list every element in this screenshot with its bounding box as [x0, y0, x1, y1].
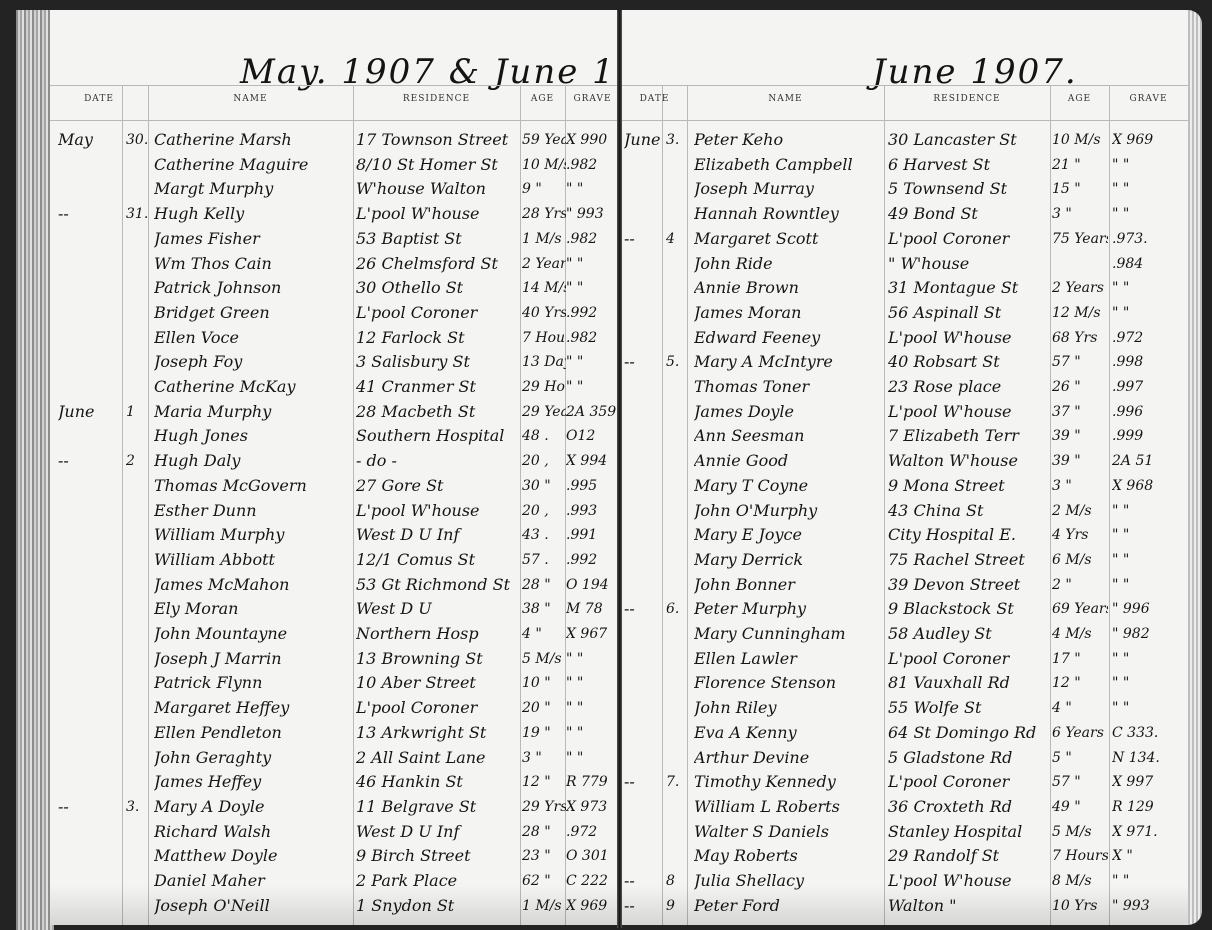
- entry-grave: N 134.: [1112, 746, 1186, 770]
- entry-age: 3 ": [1052, 474, 1108, 498]
- ledger-row: --6.Peter Murphy9 Blackstock St69 Years"…: [622, 597, 1188, 621]
- ledger-row: William Abbott12/1 Comus St57 ..992: [50, 548, 620, 572]
- entry-grave: " ": [566, 746, 620, 770]
- header-bottom-rule: [50, 120, 620, 121]
- entry-month: [58, 573, 118, 597]
- entry-residence: 56 Aspinall St: [888, 301, 1050, 325]
- entry-day: [126, 350, 148, 374]
- entry-residence: 17 Townson Street: [356, 128, 520, 152]
- entry-age: 1 M/s: [522, 227, 566, 251]
- left-page: May. 1907 & June 1907 Date Name Residenc…: [50, 10, 620, 925]
- entry-day: 7.: [666, 770, 686, 794]
- ledger-row: Walter S DanielsStanley Hospital5 M/sX 9…: [622, 820, 1188, 844]
- entry-residence: L'pool W'house: [888, 400, 1050, 424]
- entry-age: 57 ": [1052, 350, 1108, 374]
- entry-month: [58, 820, 118, 844]
- ledger-row: Wm Thos Cain26 Chelmsford St2 Years" ": [50, 252, 620, 276]
- ledger-row: William L Roberts36 Croxteth Rd49 "R 129: [622, 795, 1188, 819]
- entry-age: 2 Years: [1052, 276, 1108, 300]
- entry-age: 75 Years: [1052, 227, 1108, 251]
- entry-residence: 36 Croxteth Rd: [888, 795, 1050, 819]
- entry-name: Peter Keho: [694, 128, 884, 152]
- entry-month: [624, 177, 662, 201]
- entry-day: [126, 844, 148, 868]
- entry-age: 17 ": [1052, 647, 1108, 671]
- entry-month: [624, 548, 662, 572]
- ledger-row: June1Maria Murphy28 Macbeth St29 Years2A…: [50, 400, 620, 424]
- entry-residence: L'pool W'house: [356, 202, 520, 226]
- entry-age: 2 ": [1052, 573, 1108, 597]
- entry-residence: 39 Devon Street: [888, 573, 1050, 597]
- entry-month: [624, 844, 662, 868]
- entry-grave: X 969: [1112, 128, 1186, 152]
- entry-age: 43 .: [522, 523, 566, 547]
- entry-age: 5 M/s: [522, 647, 566, 671]
- entry-name: Patrick Flynn: [154, 671, 352, 695]
- entry-grave: " ": [566, 647, 620, 671]
- entry-grave: " ": [566, 252, 620, 276]
- entry-month: [58, 721, 118, 745]
- entry-day: [666, 548, 686, 572]
- entry-day: 4: [666, 227, 686, 251]
- entry-age: 29 Years: [522, 400, 566, 424]
- header-age: Age: [1050, 94, 1109, 104]
- entry-age: 7 Hours: [522, 326, 566, 350]
- page-shadow: [622, 885, 1188, 925]
- entry-day: [666, 449, 686, 473]
- entry-name: Ely Moran: [154, 597, 352, 621]
- entry-residence: 46 Hankin St: [356, 770, 520, 794]
- entry-grave: .972: [566, 820, 620, 844]
- entry-month: [58, 746, 118, 770]
- entry-month: --: [624, 350, 662, 374]
- entry-grave: .982: [566, 227, 620, 251]
- entry-month: [624, 671, 662, 695]
- entry-grave: " ": [1112, 153, 1186, 177]
- ledger-row: Matthew Doyle9 Birch Street23 "O 301: [50, 844, 620, 868]
- entry-month: [58, 696, 118, 720]
- entry-residence: 3 Salisbury St: [356, 350, 520, 374]
- entry-month: [58, 647, 118, 671]
- entry-age: 15 ": [1052, 177, 1108, 201]
- entry-grave: .997: [1112, 375, 1186, 399]
- entry-name: Esther Dunn: [154, 499, 352, 523]
- ledger-row: Annie Brown31 Montague St2 Years" ": [622, 276, 1188, 300]
- entry-residence: 10 Aber Street: [356, 671, 520, 695]
- ledger-row: John Riley55 Wolfe St4 "" ": [622, 696, 1188, 720]
- entry-name: William Murphy: [154, 523, 352, 547]
- entry-month: [624, 499, 662, 523]
- entry-name: William L Roberts: [694, 795, 884, 819]
- entry-grave: " 993: [566, 202, 620, 226]
- entry-month: [624, 622, 662, 646]
- entry-age: 3 ": [1052, 202, 1108, 226]
- entry-day: 2: [126, 449, 148, 473]
- entry-grave: " ": [566, 276, 620, 300]
- entry-grave: .982: [566, 153, 620, 177]
- entry-name: John Riley: [694, 696, 884, 720]
- ledger-row: Ellen Voce12 Farlock St7 Hours.982: [50, 326, 620, 350]
- entry-name: Hugh Kelly: [154, 202, 352, 226]
- ledger-row: John MountayneNorthern Hosp4 "X 967: [50, 622, 620, 646]
- entry-month: [58, 153, 118, 177]
- entry-day: 30.: [126, 128, 148, 152]
- entry-name: James McMahon: [154, 573, 352, 597]
- entry-day: [666, 746, 686, 770]
- entry-month: [624, 696, 662, 720]
- entry-month: --: [58, 449, 118, 473]
- entry-day: [666, 795, 686, 819]
- entry-residence: 29 Randolf St: [888, 844, 1050, 868]
- entry-name: Ann Seesman: [694, 424, 884, 448]
- entry-day: [126, 177, 148, 201]
- entry-name: Mary A McIntyre: [694, 350, 884, 374]
- header-top-rule: [50, 85, 620, 86]
- entry-day: [126, 499, 148, 523]
- entry-month: June: [624, 128, 662, 152]
- entry-month: June: [58, 400, 118, 424]
- ledger-row: Richard WalshWest D U Inf28 ".972: [50, 820, 620, 844]
- entry-age: 57 .: [522, 548, 566, 572]
- entry-name: Mary T Coyne: [694, 474, 884, 498]
- entry-grave: X 973: [566, 795, 620, 819]
- ledger-row: John Bonner39 Devon Street2 "" ": [622, 573, 1188, 597]
- entry-name: Catherine McKay: [154, 375, 352, 399]
- entry-age: 26 ": [1052, 375, 1108, 399]
- entry-name: Joseph Murray: [694, 177, 884, 201]
- entry-name: Arthur Devine: [694, 746, 884, 770]
- entry-name: Richard Walsh: [154, 820, 352, 844]
- entry-grave: X ": [1112, 844, 1186, 868]
- ledger-row: Catherine McKay41 Cranmer St29 Hours" ": [50, 375, 620, 399]
- entry-month: [624, 301, 662, 325]
- entry-name: Joseph J Marrin: [154, 647, 352, 671]
- entry-month: [58, 375, 118, 399]
- entry-grave: " ": [1112, 671, 1186, 695]
- entry-month: [624, 795, 662, 819]
- entry-residence: 9 Blackstock St: [888, 597, 1050, 621]
- entry-grave: " ": [1112, 647, 1186, 671]
- entry-name: Catherine Marsh: [154, 128, 352, 152]
- entry-residence: 75 Rachel Street: [888, 548, 1050, 572]
- entry-month: [58, 227, 118, 251]
- page-edges-left: [16, 10, 54, 930]
- entry-age: 13 Days: [522, 350, 566, 374]
- entry-name: Catherine Maguire: [154, 153, 352, 177]
- entry-age: 23 ": [522, 844, 566, 868]
- entry-name: John Ride: [694, 252, 884, 276]
- ledger-row: June3.Peter Keho30 Lancaster St10 M/sX 9…: [622, 128, 1188, 152]
- entry-age: 5 M/s: [1052, 820, 1108, 844]
- entry-day: [126, 252, 148, 276]
- entry-age: 12 ": [522, 770, 566, 794]
- ledger-row: Mary Cunningham58 Audley St4 M/s" 982: [622, 622, 1188, 646]
- entry-residence: 30 Lancaster St: [888, 128, 1050, 152]
- entry-name: John Bonner: [694, 573, 884, 597]
- ledger-row: --7.Timothy KennedyL'pool Coroner57 "X 9…: [622, 770, 1188, 794]
- entry-grave: X 994: [566, 449, 620, 473]
- entry-age: 59 Years: [522, 128, 566, 152]
- entry-day: [126, 696, 148, 720]
- ledger-row: Ely MoranWest D U38 "M 78: [50, 597, 620, 621]
- entry-day: [666, 820, 686, 844]
- entry-residence: 12 Farlock St: [356, 326, 520, 350]
- entry-month: [58, 177, 118, 201]
- entry-day: [126, 548, 148, 572]
- header-grave: Grave: [1109, 94, 1188, 104]
- entry-month: [58, 326, 118, 350]
- ledger-row: Catherine Maguire8/10 St Homer St10 M/s.…: [50, 153, 620, 177]
- entry-month: [58, 548, 118, 572]
- ledger-row: James Fisher53 Baptist St1 M/s.982: [50, 227, 620, 251]
- ledger-row: James Heffey46 Hankin St12 "R 779: [50, 770, 620, 794]
- ledger-row: Margaret HeffeyL'pool Coroner20 "" ": [50, 696, 620, 720]
- entry-grave: .982: [566, 326, 620, 350]
- entry-name: Maria Murphy: [154, 400, 352, 424]
- entry-age: 4 Yrs: [1052, 523, 1108, 547]
- entry-day: [126, 770, 148, 794]
- ledger-row: Ellen LawlerL'pool Coroner17 "" ": [622, 647, 1188, 671]
- ledger-row: Hugh JonesSouthern Hospital48 .O12: [50, 424, 620, 448]
- entry-month: [624, 400, 662, 424]
- entry-residence: Northern Hosp: [356, 622, 520, 646]
- entry-age: 69 Years: [1052, 597, 1108, 621]
- entry-grave: X 968: [1112, 474, 1186, 498]
- entry-day: 3.: [666, 128, 686, 152]
- ledger-row: --4Margaret ScottL'pool Coroner75 Years.…: [622, 227, 1188, 251]
- entry-grave: .999: [1112, 424, 1186, 448]
- entry-age: 19 ": [522, 721, 566, 745]
- entry-day: [666, 696, 686, 720]
- entry-name: Wm Thos Cain: [154, 252, 352, 276]
- entry-month: [58, 350, 118, 374]
- entry-residence: 40 Robsart St: [888, 350, 1050, 374]
- entry-day: [126, 276, 148, 300]
- entry-month: --: [624, 597, 662, 621]
- ledger-row: Mary Derrick75 Rachel Street6 M/s" ": [622, 548, 1188, 572]
- entry-month: --: [624, 227, 662, 251]
- entry-day: [126, 424, 148, 448]
- entry-age: 48 .: [522, 424, 566, 448]
- entry-day: [126, 622, 148, 646]
- entry-month: [58, 499, 118, 523]
- ledger-row: Florence Stenson81 Vauxhall Rd12 "" ": [622, 671, 1188, 695]
- entry-age: 7 Hours: [1052, 844, 1108, 868]
- ledger-row: James Moran56 Aspinall St12 M/s" ": [622, 301, 1188, 325]
- entry-month: [58, 844, 118, 868]
- entry-day: [126, 301, 148, 325]
- entry-grave: .995: [566, 474, 620, 498]
- entry-day: 6.: [666, 597, 686, 621]
- entry-residence: 30 Othello St: [356, 276, 520, 300]
- entry-residence: 41 Cranmer St: [356, 375, 520, 399]
- entry-residence: L'pool Coroner: [356, 696, 520, 720]
- entry-grave: " ": [1112, 499, 1186, 523]
- entry-grave: .973.: [1112, 227, 1186, 251]
- entry-day: [126, 820, 148, 844]
- ledger-book: May. 1907 & June 1907 Date Name Residenc…: [0, 0, 1212, 930]
- entry-name: Edward Feeney: [694, 326, 884, 350]
- entry-residence: 55 Wolfe St: [888, 696, 1050, 720]
- entry-residence: L'pool Coroner: [888, 227, 1050, 251]
- entry-age: 10 M/s: [522, 153, 566, 177]
- ledger-row: Thomas Toner23 Rose place26 ".997: [622, 375, 1188, 399]
- entry-grave: .996: [1112, 400, 1186, 424]
- entry-age: 2 M/s: [1052, 499, 1108, 523]
- entry-grave: R 129: [1112, 795, 1186, 819]
- entry-day: [126, 227, 148, 251]
- entry-name: John O'Murphy: [694, 499, 884, 523]
- entry-name: Hugh Jones: [154, 424, 352, 448]
- entry-grave: " ": [566, 350, 620, 374]
- entry-grave: " 982: [1112, 622, 1186, 646]
- entry-name: Walter S Daniels: [694, 820, 884, 844]
- entry-day: 3.: [126, 795, 148, 819]
- entry-grave: " 996: [1112, 597, 1186, 621]
- entry-age: 29 Yrs: [522, 795, 566, 819]
- entry-residence: 11 Belgrave St: [356, 795, 520, 819]
- entry-month: [624, 573, 662, 597]
- entry-age: 28 ": [522, 820, 566, 844]
- entry-age: 4 ": [522, 622, 566, 646]
- entry-day: [666, 523, 686, 547]
- entry-residence: 13 Arkwright St: [356, 721, 520, 745]
- entry-month: --: [58, 795, 118, 819]
- entry-grave: .972: [1112, 326, 1186, 350]
- entry-name: Patrick Johnson: [154, 276, 352, 300]
- ledger-row: May Roberts29 Randolf St7 HoursX ": [622, 844, 1188, 868]
- entry-residence: 5 Gladstone Rd: [888, 746, 1050, 770]
- entry-day: [666, 202, 686, 226]
- entry-grave: " ": [1112, 276, 1186, 300]
- entry-day: [126, 326, 148, 350]
- right-page: June 1907. Date Name Residence Age Grave…: [622, 10, 1188, 925]
- entry-age: 14 M/s: [522, 276, 566, 300]
- ledger-row: Joseph Foy3 Salisbury St13 Days" ": [50, 350, 620, 374]
- ledger-row: John Geraghty2 All Saint Lane3 "" ": [50, 746, 620, 770]
- entry-age: 6 Years: [1052, 721, 1108, 745]
- entry-day: [126, 523, 148, 547]
- entry-age: 57 ": [1052, 770, 1108, 794]
- entry-day: [126, 474, 148, 498]
- entry-age: 4 M/s: [1052, 622, 1108, 646]
- entry-month: [624, 721, 662, 745]
- header-grave: Grave: [565, 94, 620, 104]
- entry-grave: " ": [566, 696, 620, 720]
- ledger-row: Edward FeeneyL'pool W'house68 Yrs.972: [622, 326, 1188, 350]
- entry-grave: X 967: [566, 622, 620, 646]
- entry-grave: O12: [566, 424, 620, 448]
- entry-day: [126, 573, 148, 597]
- entry-residence: L'pool Coroner: [888, 647, 1050, 671]
- entry-residence: 9 Mona Street: [888, 474, 1050, 498]
- ledger-row: Arthur Devine5 Gladstone Rd5 "N 134.: [622, 746, 1188, 770]
- entry-day: [666, 474, 686, 498]
- entry-age: 12 ": [1052, 671, 1108, 695]
- entry-grave: " ": [1112, 696, 1186, 720]
- entry-grave: 2A 359: [566, 400, 620, 424]
- entry-residence: Stanley Hospital: [888, 820, 1050, 844]
- ledger-row: Joseph J Marrin13 Browning St5 M/s" ": [50, 647, 620, 671]
- entry-residence: 26 Chelmsford St: [356, 252, 520, 276]
- entry-name: Annie Brown: [694, 276, 884, 300]
- entry-age: 5 ": [1052, 746, 1108, 770]
- entry-residence: 8/10 St Homer St: [356, 153, 520, 177]
- entry-residence: L'pool Coroner: [356, 301, 520, 325]
- entry-day: [666, 252, 686, 276]
- entry-day: [666, 375, 686, 399]
- entry-name: James Fisher: [154, 227, 352, 251]
- entry-name: Hugh Daly: [154, 449, 352, 473]
- entry-age: 10 ": [522, 671, 566, 695]
- ledger-row: Annie GoodWalton W'house39 "2A 51: [622, 449, 1188, 473]
- entry-grave: " ": [1112, 301, 1186, 325]
- entry-age: 2 Years: [522, 252, 566, 276]
- entry-residence: City Hospital E.: [888, 523, 1050, 547]
- header-bottom-rule: [622, 120, 1188, 121]
- header-residence: Residence: [353, 94, 520, 104]
- entry-month: [58, 523, 118, 547]
- entry-name: Elizabeth Campbell: [694, 153, 884, 177]
- ledger-row: Thomas McGovern27 Gore St30 ".995: [50, 474, 620, 498]
- entry-day: [126, 671, 148, 695]
- entry-name: Thomas McGovern: [154, 474, 352, 498]
- entry-residence: 13 Browning St: [356, 647, 520, 671]
- entry-grave: " ": [1112, 202, 1186, 226]
- entry-day: [666, 721, 686, 745]
- entry-residence: L'pool W'house: [888, 326, 1050, 350]
- entry-name: Thomas Toner: [694, 375, 884, 399]
- entry-residence: L'pool W'house: [356, 499, 520, 523]
- entry-month: --: [58, 202, 118, 226]
- entry-age: 49 ": [1052, 795, 1108, 819]
- entry-month: [624, 523, 662, 547]
- entry-name: John Geraghty: [154, 746, 352, 770]
- entry-residence: 81 Vauxhall Rd: [888, 671, 1050, 695]
- entry-month: [58, 474, 118, 498]
- entry-day: [666, 326, 686, 350]
- entry-name: Mary Derrick: [694, 548, 884, 572]
- entry-name: Margt Murphy: [154, 177, 352, 201]
- entry-month: [58, 671, 118, 695]
- entry-month: [58, 622, 118, 646]
- entry-month: [58, 252, 118, 276]
- entry-residence: West D U Inf: [356, 523, 520, 547]
- entry-age: 10 M/s: [1052, 128, 1108, 152]
- entry-grave: " ": [1112, 177, 1186, 201]
- ledger-row: Eva A Kenny64 St Domingo Rd6 YearsC 333.: [622, 721, 1188, 745]
- ledger-row: Patrick Flynn10 Aber Street10 "" ": [50, 671, 620, 695]
- entry-grave: " ": [1112, 573, 1186, 597]
- entry-residence: 53 Gt Richmond St: [356, 573, 520, 597]
- header-residence: Residence: [884, 94, 1050, 104]
- ledger-row: James DoyleL'pool W'house37 ".996: [622, 400, 1188, 424]
- entry-grave: .998: [1112, 350, 1186, 374]
- entry-grave: .991: [566, 523, 620, 547]
- entry-day: 1: [126, 400, 148, 424]
- entry-name: Mary A Doyle: [154, 795, 352, 819]
- entry-day: [666, 177, 686, 201]
- ledger-row: --31.Hugh KellyL'pool W'house28 Yrs" 993: [50, 202, 620, 226]
- entry-month: [58, 597, 118, 621]
- entry-name: Ellen Pendleton: [154, 721, 352, 745]
- entry-residence: 12/1 Comus St: [356, 548, 520, 572]
- entry-month: [624, 647, 662, 671]
- entry-month: [624, 153, 662, 177]
- entry-age: 20 ,: [522, 449, 566, 473]
- ledger-row: Ann Seesman7 Elizabeth Terr39 ".999: [622, 424, 1188, 448]
- entry-name: Margaret Heffey: [154, 696, 352, 720]
